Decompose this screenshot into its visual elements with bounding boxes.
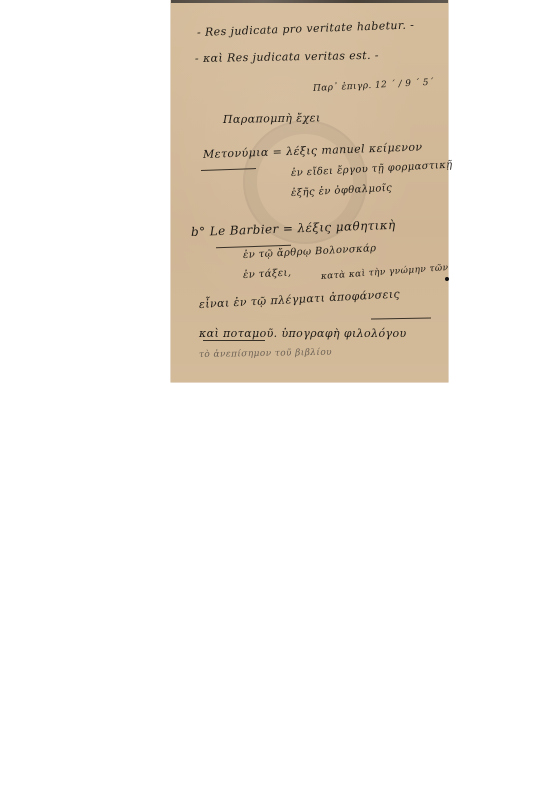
text-line-13: καὶ ποταμοῦ. ὑπογραφὴ φιλολόγου [199,327,407,340]
text-line-12: εἶναι ἐν τῷ πλέγματι ἀποφάνσεις [199,287,401,311]
ink-dot-margin [445,277,449,281]
text-line-10: ἐν τάξει, [243,267,292,281]
text-line-14-faint: τὸ ἀνεπίσημον τοῦ βιβλίου [199,348,332,360]
text-line-4-heading: Παραπομπὴ ἔχει [223,111,321,126]
scanned-top-edge [171,0,448,3]
text-line-2: - καὶ Res judicata veritas est. - [195,49,379,65]
handwritten-letter-page: - Res judicata pro veritate habetur. - -… [171,0,448,382]
underline-right [371,317,431,319]
underline-bottom [203,340,265,341]
text-line-11-insertion: κατὰ καὶ τὴν γνώμην τῶν [321,263,449,282]
text-line-3-reference: Παρ᾽ ἐπιγρ. 12 ´ / 9 ´ 5´ [313,78,434,94]
text-line-1: - Res judicata pro veritate habetur. - [197,18,415,39]
